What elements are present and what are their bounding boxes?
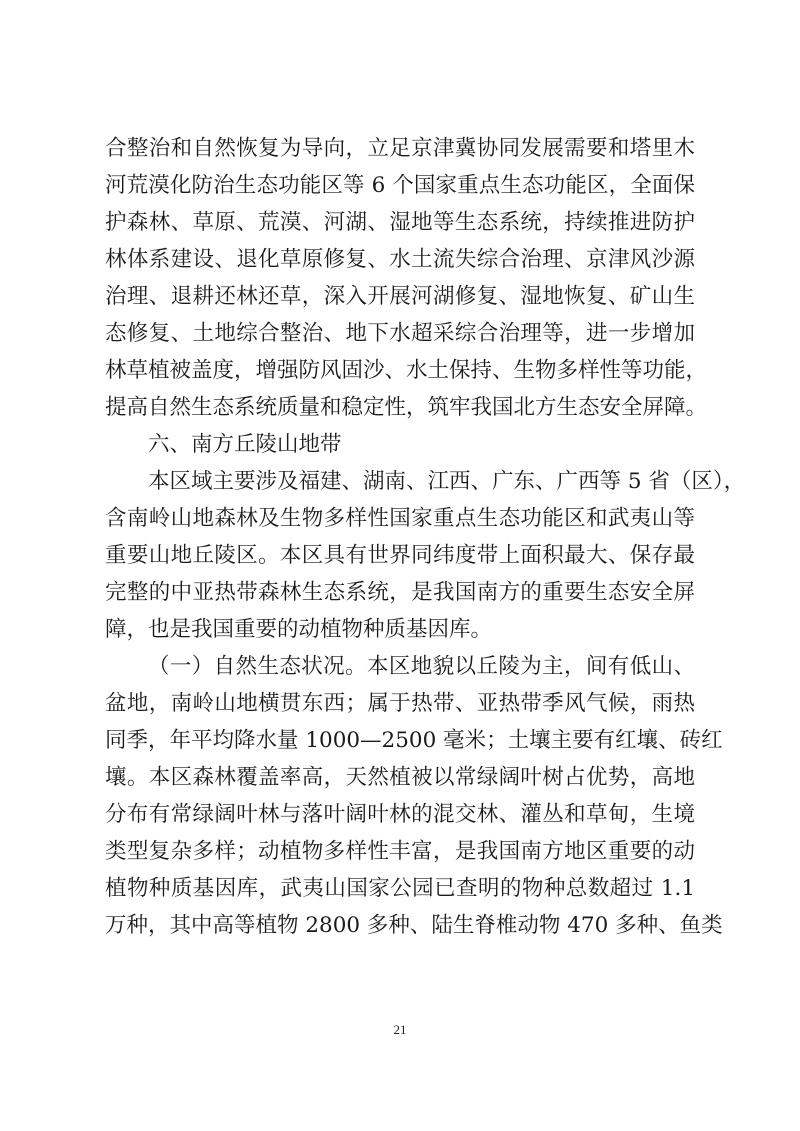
text-line: 分布有常绿阔叶林与落叶阔叶林的混交林、灌丛和草甸，生境 (105, 796, 695, 833)
text-line: 类型复杂多样；动植物多样性丰富，是我国南方地区重要的动 (105, 833, 695, 870)
text-line: 万种，其中高等植物 2800 多种、陆生脊椎动物 470 多种、鱼类 (105, 907, 695, 944)
text-line: 植物种质基因库，武夷山国家公园已查明的物种总数超过 1.1 (105, 870, 695, 907)
text-line: 河荒漠化防治生态功能区等 6 个国家重点生态功能区，全面保 (105, 167, 695, 204)
text-line: 合整治和自然恢复为导向，立足京津冀协同发展需要和塔里木 (105, 130, 695, 167)
text-line: 含南岭山地森林及生物多样性国家重点生态功能区和武夷山等 (105, 500, 695, 537)
text-line: 林草植被盖度，增强防风固沙、水土保持、生物多样性等功能， (105, 352, 695, 389)
paragraph-first-line: （一）自然生态状况。本区地貌以丘陵为主，间有低山、 (105, 648, 695, 685)
page-number: 21 (0, 1022, 800, 1038)
text-line: 护森林、草原、荒漠、河湖、湿地等生态系统，持续推进防护 (105, 204, 695, 241)
text-line: 盆地，南岭山地横贯东西；属于热带、亚热带季风气候，雨热 (105, 685, 695, 722)
section-heading: 六、南方丘陵山地带 (105, 426, 695, 463)
document-page: 合整治和自然恢复为导向，立足京津冀协同发展需要和塔里木 河荒漠化防治生态功能区等… (0, 0, 800, 1131)
paragraph-first-line: 本区域主要涉及福建、湖南、江西、广东、广西等 5 省（区）， (105, 463, 695, 500)
body-text: 合整治和自然恢复为导向，立足京津冀协同发展需要和塔里木 河荒漠化防治生态功能区等… (105, 130, 695, 944)
text-line: 提高自然生态系统质量和稳定性，筑牢我国北方生态安全屏障。 (105, 389, 695, 426)
text-line: 重要山地丘陵区。本区具有世界同纬度带上面积最大、保存最 (105, 537, 695, 574)
text-line: 林体系建设、退化草原修复、水土流失综合治理、京津风沙源 (105, 241, 695, 278)
text-line: 治理、退耕还林还草，深入开展河湖修复、湿地恢复、矿山生 (105, 278, 695, 315)
text-line: 同季，年平均降水量 1000—2500 毫米；土壤主要有红壤、砖红 (105, 722, 695, 759)
text-line: 壤。本区森林覆盖率高，天然植被以常绿阔叶树占优势，高地 (105, 759, 695, 796)
text-line: 态修复、土地综合整治、地下水超采综合治理等，进一步增加 (105, 315, 695, 352)
paragraph-last-line: 障，也是我国重要的动植物种质基因库。 (105, 611, 695, 648)
text-line: 完整的中亚热带森林生态系统，是我国南方的重要生态安全屏 (105, 574, 695, 611)
